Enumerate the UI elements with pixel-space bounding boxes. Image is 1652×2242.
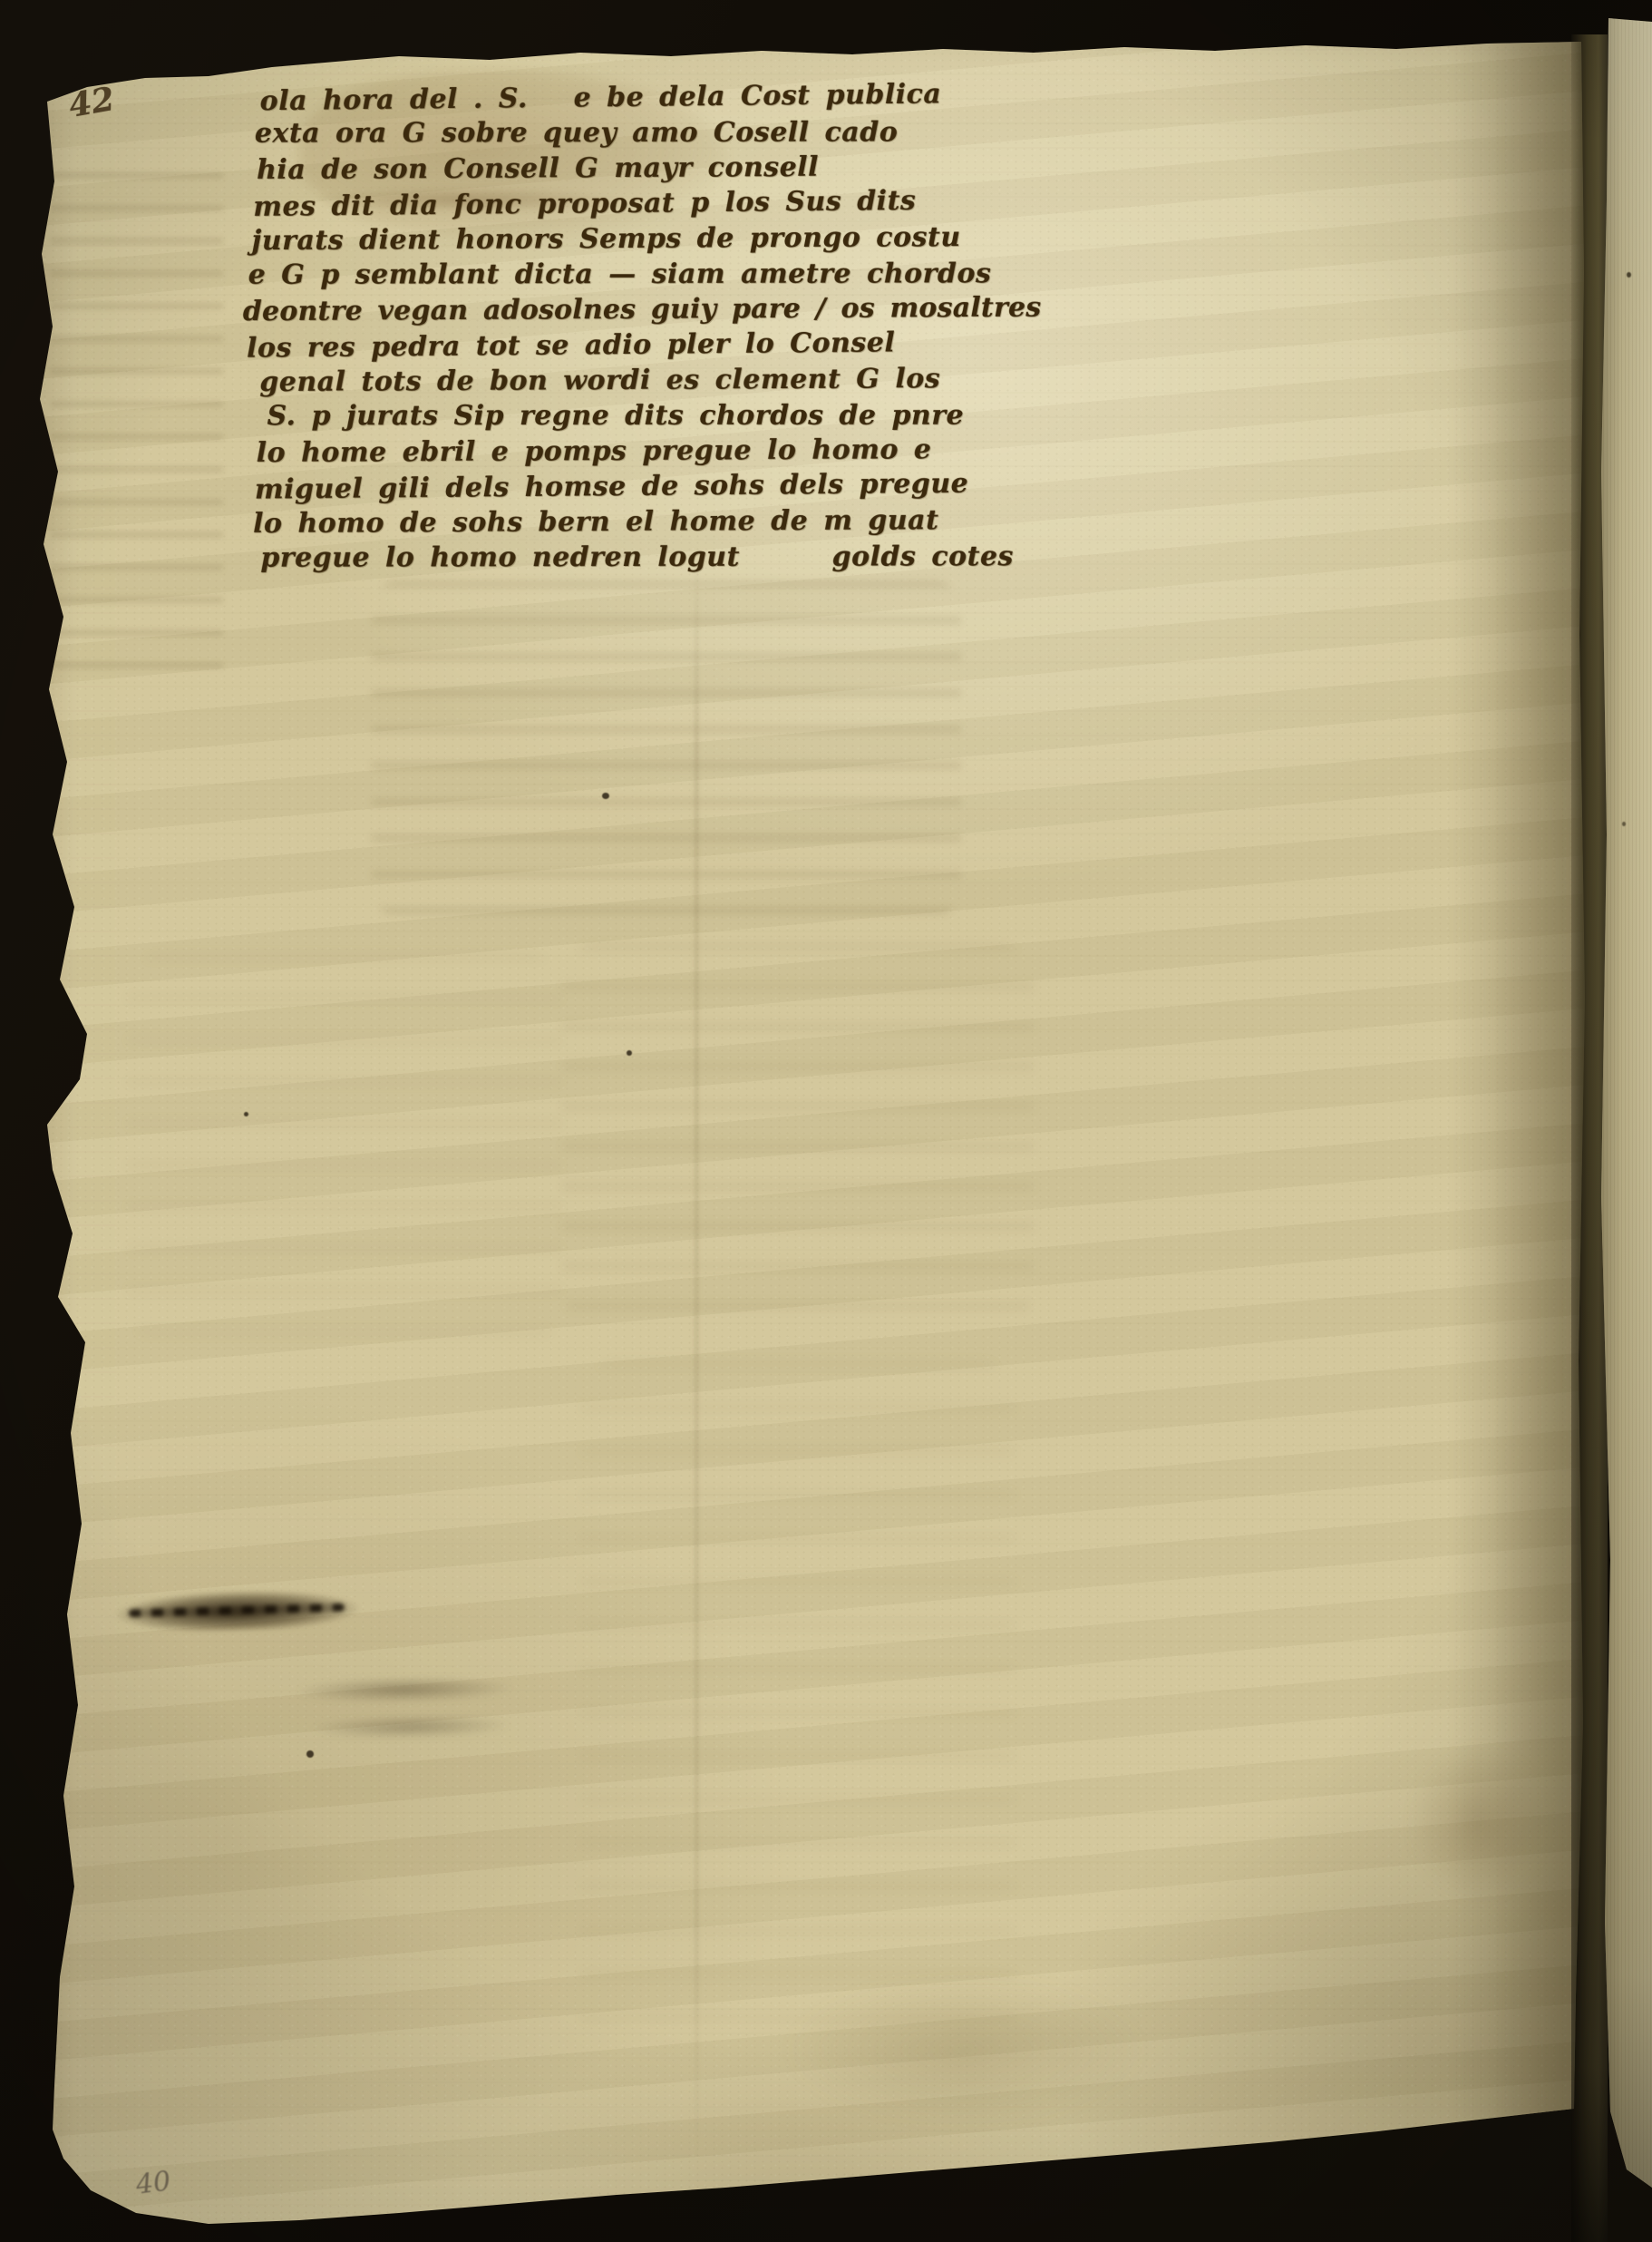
manuscript-line: exta ora G sobre quey amo Cosell cado [255,114,995,151]
bleedthrough-lines-left-center [127,952,562,1342]
bleedthrough-lines-lower [580,1360,1015,2050]
manuscript-page: 42 40 ola hora del . S. e be dela Cost p… [0,0,1599,2242]
manuscript-line: lo home ebril e pomps pregue lo homo e [257,432,996,471]
bleedthrough-lines-right [562,943,1034,1324]
manuscript-line: deontre vegan adosolnes guiy pare / os m… [243,290,996,329]
manuscript-line: lo homo de sohs bern el home de m guat [253,502,996,541]
manuscript-line: S. p jurats Sip regne dits chordos de pn… [267,398,996,434]
ink-speck [244,1112,248,1116]
manuscript-text-block: ola hora del . S. e be dela Cost publica… [251,78,997,577]
manuscript-line: genal tots de bon wordi es clement G los [259,361,996,400]
manuscript-line: pregue lo homo nedren logut golds cotes [260,539,996,575]
ink-speck [1627,272,1631,278]
ink-smudge-streak [115,1587,359,1633]
bleedthrough-lines-center [372,580,961,916]
stain-bottom-center [789,1977,1142,2122]
manuscript-line: hia de son Consell G mayr consell [257,149,995,188]
ink-speck [627,1050,632,1056]
ink-speck [1622,822,1626,826]
manuscript-scan-photo: 42 40 ola hora del . S. e be dela Cost p… [0,0,1652,2242]
gutter-shadow [1451,36,1587,2122]
ink-speck [306,1750,314,1758]
manuscript-line: los res pedra tot se adio pler lo Consel [247,324,996,366]
manuscript-line: jurats dient honors Semps de prongo cost… [251,219,995,258]
folio-number-top: 42 [66,80,118,125]
folio-number-bottom: 40 [134,2166,172,2201]
manuscript-line: mes dit dia fonc proposat p los Sus dits [253,182,995,225]
manuscript-line: miguel gili dels homse de sohs dels preg… [255,465,996,507]
ink-speck [602,793,609,799]
faded-smudge-line-1 [299,1676,510,1703]
manuscript-line: e G p semblant dicta — siam ametre chord… [248,256,996,292]
faded-smudge-line-2 [314,1714,508,1740]
bleedthrough-lines-left-margin [51,172,223,680]
vertical-fold-crease [695,544,698,2159]
manuscript-line: ola hora del . S. e be dela Cost publica [259,76,994,119]
